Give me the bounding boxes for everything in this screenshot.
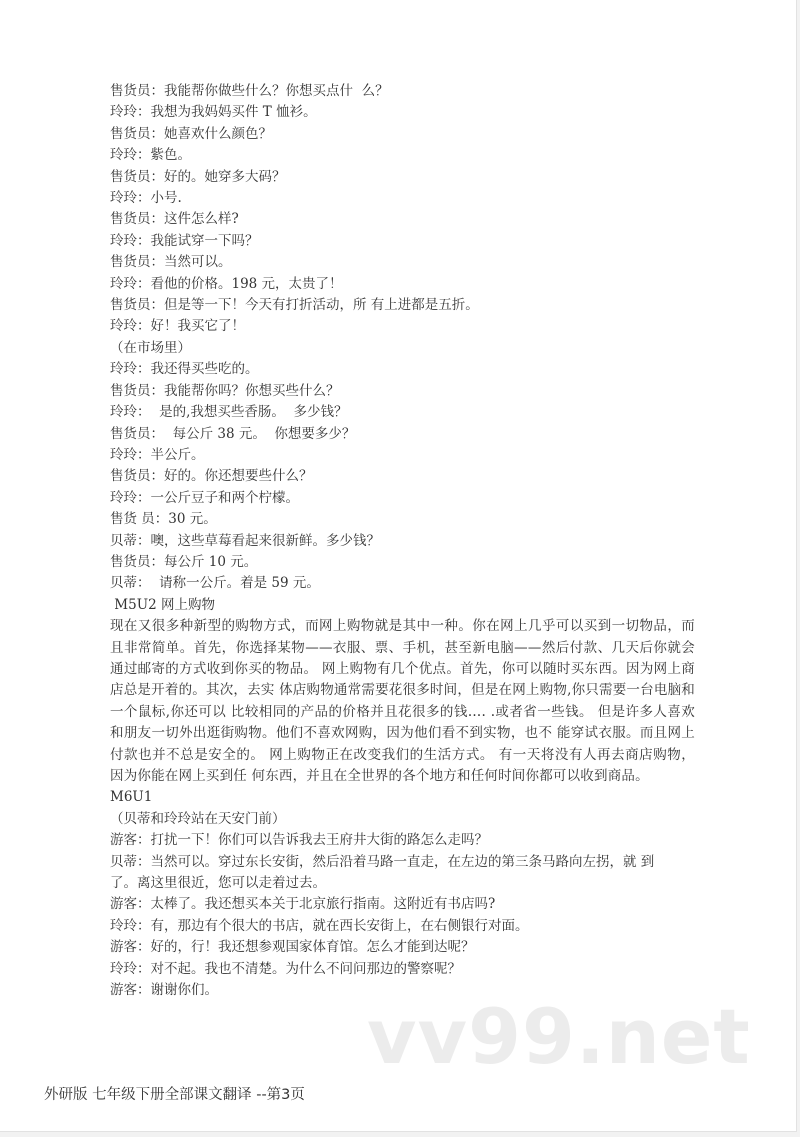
section-heading: M5U2 网上购物 bbox=[110, 595, 695, 616]
dialogue-line: 玲玲：看他的价格。198 元，太贵了！ bbox=[110, 274, 695, 295]
dialogue-line: 售货员：这件怎么样? bbox=[110, 209, 695, 230]
dialogue-line: 了。离这里很近，您可以走着过去。 bbox=[110, 873, 695, 894]
dialogue-line: 售货员：每公斤 10 元。 bbox=[110, 552, 695, 573]
dialogue-line: 售货员：她喜欢什么颜色？ bbox=[110, 124, 695, 145]
watermark: vv99.net bbox=[367, 997, 751, 1077]
dialogue-line: 玲玲：半公斤。 bbox=[110, 445, 695, 466]
dialogue-line: 售货员：我能帮你吗？你想买些什么？ bbox=[110, 381, 695, 402]
section-paragraph: 现在又很多种新型的购物方式，而网上购物就是其中一种。你在网上几乎可以买到一切物品… bbox=[110, 616, 695, 787]
dialogue-line: 玲玲：紫色。 bbox=[110, 145, 695, 166]
scene-direction: （贝蒂和玲玲站在天安门前） bbox=[110, 809, 695, 830]
dialogue-line: 售货员：但是等一下！今天有打折活动，所 有上进都是五折。 bbox=[110, 295, 695, 316]
dialogue-line: 售货员：我能帮你做些什么？你想买点什 么？ bbox=[110, 81, 695, 102]
dialogue-shopping: 售货员：我能帮你做些什么？你想买点什 么？ 玲玲：我想为我妈妈买件 T 恤衫。 … bbox=[110, 81, 695, 595]
dialogue-line: 玲玲：我想为我妈妈买件 T 恤衫。 bbox=[110, 102, 695, 123]
dialogue-line: 游客：打扰一下！你们可以告诉我去王府井大街的路怎么走吗？ bbox=[110, 830, 695, 851]
dialogue-line: 游客：太棒了。我还想买本关于北京旅行指南。这附近有书店吗? bbox=[110, 894, 695, 915]
section-heading: M6U1 bbox=[110, 787, 695, 808]
dialogue-line: 玲玲：对不起。我也不清楚。为什么不问问那边的警察呢？ bbox=[110, 959, 695, 980]
section-m6u1: M6U1 （贝蒂和玲玲站在天安门前） 游客：打扰一下！你们可以告诉我去王府井大街… bbox=[110, 787, 695, 1001]
dialogue-line: 贝蒂： 请称一公斤。着是 59 元。 bbox=[110, 573, 695, 594]
page-content: 售货员：我能帮你做些什么？你想买点什 么？ 玲玲：我想为我妈妈买件 T 恤衫。 … bbox=[110, 81, 695, 1001]
scene-direction: （在市场里） bbox=[110, 338, 695, 359]
dialogue-line: 售货员： 每公斤 38 元。 你想要多少？ bbox=[110, 424, 695, 445]
dialogue-line: 玲玲：一公斤豆子和两个柠檬。 bbox=[110, 488, 695, 509]
dialogue-line: 售货员：好的。她穿多大码？ bbox=[110, 167, 695, 188]
page-footer: 外研版 七年级下册全部课文翻译 --第3页 bbox=[44, 1083, 305, 1104]
dialogue-line: 玲玲：我还得买些吃的。 bbox=[110, 359, 695, 380]
dialogue-line: 玲玲：我能试穿一下吗？ bbox=[110, 231, 695, 252]
dialogue-line: 游客：好的，行！我还想参观国家体育馆。怎么才能到达呢？ bbox=[110, 937, 695, 958]
dialogue-line: 贝蒂：当然可以。穿过东长安街，然后沿着马路一直走，在左边的第三条马路向左拐，就 … bbox=[110, 852, 695, 873]
dialogue-line: 玲玲：小号. bbox=[110, 188, 695, 209]
dialogue-line: 玲玲： 是的,我想买些香肠。 多少钱？ bbox=[110, 402, 695, 423]
dialogue-line: 售货员：好的。你还想要些什么？ bbox=[110, 466, 695, 487]
dialogue-line: 售货 员：30 元。 bbox=[110, 509, 695, 530]
section-m5u2: M5U2 网上购物 现在又很多种新型的购物方式，而网上购物就是其中一种。你在网上… bbox=[110, 595, 695, 788]
dialogue-line: 售货员：当然可以。 bbox=[110, 252, 695, 273]
dialogue-line: 贝蒂：噢，这些草莓看起来很新鲜。多少钱？ bbox=[110, 531, 695, 552]
dialogue-line: 玲玲：有，那边有个很大的书店，就在西长安街上，在右侧银行对面。 bbox=[110, 916, 695, 937]
dialogue-line: 玲玲：好！我买它了！ bbox=[110, 316, 695, 337]
document-page: 售货员：我能帮你做些什么？你想买点什 么？ 玲玲：我想为我妈妈买件 T 恤衫。 … bbox=[0, 0, 797, 1132]
